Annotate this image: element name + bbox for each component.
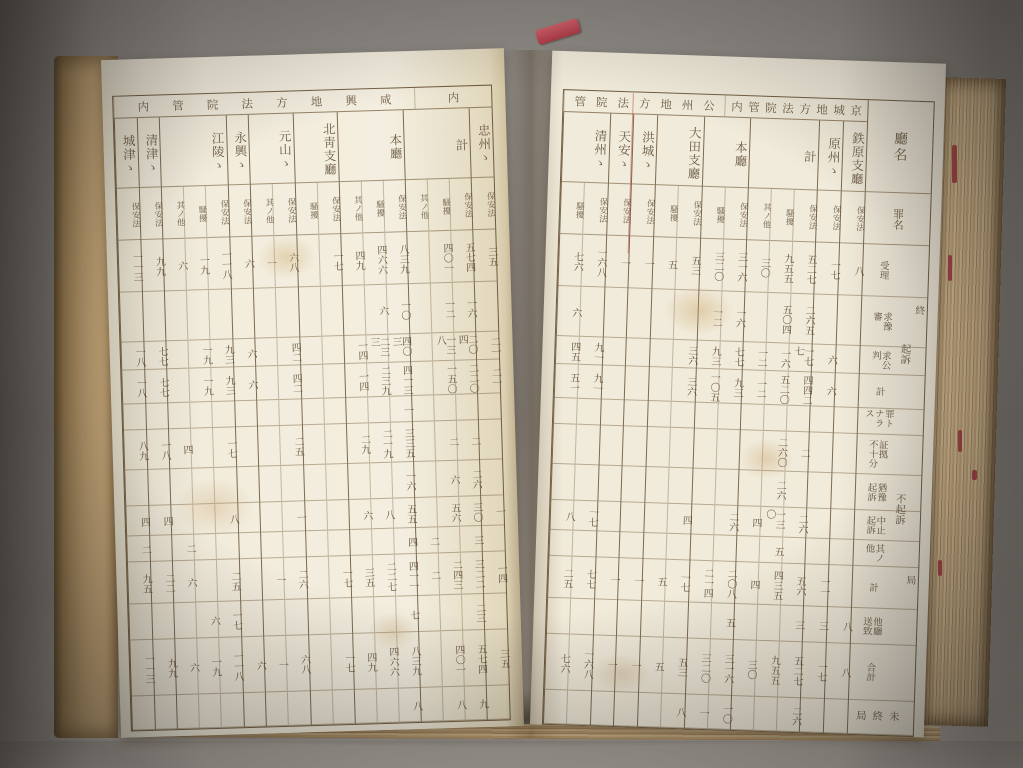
value-cell: 一二 xyxy=(743,342,766,371)
offense-label: 保安法 xyxy=(140,187,163,240)
value-cell: 三二〇 xyxy=(686,638,710,695)
value-cell: 一 xyxy=(592,635,617,692)
value-cell xyxy=(125,470,148,507)
value-cell: 一一八 xyxy=(208,237,231,290)
value-cell: 三〇 xyxy=(732,640,756,697)
value-cell: 六 xyxy=(230,237,253,290)
value-cell: 二一 xyxy=(477,359,500,394)
value-cell xyxy=(601,365,625,400)
value-cell: 一 xyxy=(618,558,642,601)
value-cell: 二三九 xyxy=(367,363,389,398)
value-cell: 四 xyxy=(735,562,758,605)
office-label: 本廳 xyxy=(338,110,405,182)
value-cell xyxy=(217,533,239,560)
value-cell xyxy=(597,501,621,532)
value-cell: 七六 xyxy=(545,634,569,691)
value-cell: 五二七 xyxy=(792,242,816,295)
value-cell xyxy=(664,602,687,639)
value-cell xyxy=(413,421,435,462)
page-table: 内管院法方地城京管院法方地州公鉄原支廳保安法八八八原州ゝ保安法一七六六一一三一七… xyxy=(543,90,868,734)
offense-label: 保安法 xyxy=(228,185,251,238)
value-cell: 五六 xyxy=(781,564,804,607)
value-cell xyxy=(421,687,443,722)
value-cell: 四 xyxy=(149,505,172,536)
value-cell: 四 xyxy=(126,506,149,537)
value-cell: 二一四 xyxy=(689,561,713,604)
value-cell xyxy=(370,463,392,500)
jurisdiction-char: 京 xyxy=(850,102,862,118)
value-cell xyxy=(718,403,741,430)
value-cell: 三六 xyxy=(673,340,696,369)
value-cell: 九一 xyxy=(579,337,602,366)
jurisdiction-char: 州 xyxy=(682,96,694,112)
offense-label: 保安法 xyxy=(384,180,407,233)
offense-label: 騷擾 xyxy=(428,179,451,232)
value-cell xyxy=(694,403,717,430)
value-cell: 六 xyxy=(436,461,458,498)
value-cell: 九三 xyxy=(719,369,742,404)
value-cell: 三 xyxy=(460,526,482,553)
value-cell: 七七 xyxy=(145,369,168,404)
value-cell: 七 xyxy=(396,596,418,633)
value-cell: 一八 xyxy=(122,370,145,405)
value-cell: 六 xyxy=(812,344,836,373)
value-cell: 九五五 xyxy=(755,641,779,698)
office-label: 永興ゝ xyxy=(226,115,250,186)
value-cell: 五 xyxy=(642,559,666,602)
value-cell xyxy=(326,464,348,501)
value-cell: 六八 xyxy=(275,235,298,288)
jurisdiction-char: 法 xyxy=(782,100,794,116)
value-cell: 六 xyxy=(365,285,388,336)
red-edge-mark xyxy=(938,560,942,576)
value-cell xyxy=(193,468,215,505)
office-label: 鉄原支廳 xyxy=(842,121,867,192)
value-cell: 四〇三 xyxy=(388,334,410,363)
value-cell: 四四二 xyxy=(788,372,811,407)
jurisdiction-char: 内 xyxy=(731,98,743,114)
value-cell xyxy=(305,501,327,532)
value-cell xyxy=(576,425,600,466)
offense-label: 保安法 xyxy=(206,185,229,238)
value-cell xyxy=(713,535,736,562)
value-cell xyxy=(172,505,194,536)
value-cell: 二六五 xyxy=(790,294,814,345)
value-cell: 八 xyxy=(839,243,863,296)
value-cell xyxy=(438,527,460,554)
value-cell: 四 xyxy=(668,504,691,535)
value-cell xyxy=(731,696,754,731)
value-cell xyxy=(598,465,622,502)
value-cell xyxy=(837,295,861,346)
value-cell: 二〇四 xyxy=(455,332,477,361)
value-cell xyxy=(544,690,567,725)
value-cell: 一一八 xyxy=(220,637,243,694)
value-cell: 一四 xyxy=(344,335,366,364)
value-cell: 二 xyxy=(416,527,438,554)
value-cell xyxy=(177,695,199,730)
value-cell xyxy=(573,531,596,558)
value-cell xyxy=(256,338,278,367)
value-cell xyxy=(620,532,644,559)
value-cell: 四三五 xyxy=(758,563,781,606)
value-cell: 一七 xyxy=(213,427,235,468)
value-cell xyxy=(239,559,262,602)
value-cell xyxy=(309,635,332,692)
value-cell xyxy=(644,503,667,534)
value-cell xyxy=(621,502,645,533)
value-cell xyxy=(239,533,261,560)
value-cell: 八三九 xyxy=(385,232,408,285)
value-cell xyxy=(352,597,374,634)
value-cell xyxy=(146,403,168,430)
value-cell: 八 xyxy=(399,688,421,723)
value-cell xyxy=(415,497,437,528)
value-cell: 二三 xyxy=(462,594,484,631)
value-cell xyxy=(324,398,346,425)
row-label: 他廳 送致 xyxy=(851,608,917,646)
value-cell: 一 xyxy=(253,236,276,289)
value-cell: 一九 xyxy=(189,340,211,369)
value-cell xyxy=(757,605,780,642)
value-cell xyxy=(836,345,860,374)
value-cell xyxy=(195,560,217,603)
value-cell xyxy=(480,459,503,496)
page-table: 内内管院法方地興咸忠州ゝ保安法三五二一二一一一四三五計保安法五七四一六二〇四二二… xyxy=(113,86,510,731)
value-cell: 一六八 xyxy=(568,635,592,692)
value-cell xyxy=(479,419,502,460)
value-cell xyxy=(231,289,254,340)
value-cell: 一 xyxy=(605,236,629,289)
value-cell xyxy=(624,400,648,427)
value-cell xyxy=(221,693,243,728)
value-cell xyxy=(830,509,854,540)
value-cell: 八 xyxy=(216,503,238,534)
value-cell: 一七 xyxy=(574,501,597,532)
value-cell xyxy=(150,535,172,562)
value-cell xyxy=(322,336,344,365)
value-cell: 一四 xyxy=(483,551,506,594)
value-cell: 八 xyxy=(825,643,850,700)
office-label: 清津ゝ xyxy=(137,117,161,188)
jurisdiction-char: 咸 xyxy=(380,91,392,107)
value-cell xyxy=(419,631,442,688)
jurisdiction-char: 院 xyxy=(765,99,777,115)
value-cell xyxy=(691,505,714,536)
value-cell xyxy=(614,692,638,727)
value-cell xyxy=(650,339,673,368)
value-cell: 六 xyxy=(176,639,199,696)
office-label: 北靑支廳 xyxy=(293,112,338,183)
offense-label: 騷擾 xyxy=(295,183,318,236)
value-cell xyxy=(741,404,764,431)
value-cell: 四 xyxy=(169,429,191,470)
row-header-sub: 罪名 xyxy=(864,192,931,246)
jurisdiction-char: 管 xyxy=(574,93,586,109)
offense-label: 保安法 xyxy=(117,188,140,241)
value-cell xyxy=(809,432,833,473)
value-cell: 九三 xyxy=(212,367,234,402)
value-cell xyxy=(372,529,394,556)
value-cell: 一七 xyxy=(665,560,689,603)
value-cell: 一七 xyxy=(331,634,354,691)
value-cell: 八 xyxy=(827,607,851,644)
value-cell xyxy=(692,469,715,506)
office-label: 忠州ゝ xyxy=(470,108,494,179)
value-cell: 四〇一 xyxy=(441,631,464,688)
offense-label: 保安法 xyxy=(793,190,817,243)
row-label: 合計 xyxy=(849,644,916,702)
value-cell: 二二 xyxy=(151,561,174,604)
value-cell: 五 xyxy=(760,537,783,564)
value-cell: 九九 xyxy=(141,239,164,292)
value-cell: 一七 xyxy=(319,234,342,287)
jurisdiction-header: 内 xyxy=(414,86,491,109)
red-bookmark-tab xyxy=(535,18,581,45)
jurisdiction-char: 地 xyxy=(660,96,672,112)
office-label: 洪城ゝ xyxy=(632,114,657,185)
value-cell xyxy=(330,598,352,635)
offense-label: 騷擾 xyxy=(770,189,794,242)
value-cell xyxy=(123,404,145,431)
value-cell xyxy=(638,693,661,728)
value-cell: 七七 xyxy=(571,557,595,600)
value-cell: 一三〇 xyxy=(761,507,784,538)
jurisdiction-char: 方 xyxy=(639,95,651,111)
value-cell: 二一九 xyxy=(369,423,391,464)
value-cell: 二 xyxy=(786,432,809,473)
value-cell xyxy=(835,373,859,408)
value-cell: 一 xyxy=(264,636,287,693)
office-label: 清州ゝ xyxy=(562,112,610,183)
value-cell: 五三 xyxy=(662,638,686,695)
value-cell xyxy=(120,292,143,343)
value-cell xyxy=(286,599,308,636)
value-cell xyxy=(627,288,651,339)
value-cell xyxy=(440,595,462,632)
value-cell xyxy=(171,469,193,506)
offense-label: 其ノ他 xyxy=(251,184,274,237)
value-cell xyxy=(554,398,577,425)
value-cell xyxy=(237,467,260,504)
value-cell: 一 xyxy=(262,558,284,601)
value-cell xyxy=(577,399,600,426)
value-cell: 三六 xyxy=(672,368,695,403)
offense-label: 保安法 xyxy=(678,186,702,239)
value-cell xyxy=(257,400,279,427)
value-cell xyxy=(602,338,626,367)
value-cell xyxy=(276,287,299,338)
value-cell xyxy=(333,690,355,725)
office-label: 大田支廳 xyxy=(656,115,704,186)
value-cell xyxy=(593,599,617,636)
value-cell xyxy=(254,288,277,339)
jurisdiction-char: 法 xyxy=(241,95,253,111)
value-cell xyxy=(407,231,430,284)
row-label: 中止 起訴 xyxy=(854,510,920,542)
value-cell: 一七 xyxy=(329,556,351,599)
value-cell xyxy=(288,691,310,726)
value-cell xyxy=(260,502,282,533)
value-cell: 一八 xyxy=(147,429,170,470)
value-cell: 九三 xyxy=(211,339,233,368)
offense-label: 保安法 xyxy=(583,183,607,236)
row-label: 猶豫 起訴 xyxy=(855,474,921,512)
value-cell: 一六 xyxy=(453,282,476,333)
value-cell: 三 xyxy=(780,606,803,643)
value-cell xyxy=(266,692,288,727)
value-cell: 一八 xyxy=(121,342,144,371)
value-cell xyxy=(168,369,190,404)
value-cell: 一九 xyxy=(198,638,221,695)
value-cell: 二六〇 xyxy=(763,431,786,472)
row-header-title: 廳名 xyxy=(866,100,934,194)
value-cell xyxy=(261,532,283,559)
value-cell xyxy=(310,691,332,726)
value-cell xyxy=(241,601,264,638)
jurisdiction-char: 法 xyxy=(617,94,629,110)
value-cell xyxy=(143,291,166,342)
value-cell xyxy=(325,424,347,465)
value-cell xyxy=(599,425,623,466)
value-cell: 四九 xyxy=(341,233,364,286)
offense-label: 保安法 xyxy=(817,191,841,244)
value-cell: 一 xyxy=(685,694,708,729)
value-cell xyxy=(475,281,498,332)
red-edge-mark xyxy=(972,470,977,480)
value-cell: 一六八 xyxy=(582,235,606,288)
offense-label: 騷擾 xyxy=(184,186,207,239)
value-cell: 四九 xyxy=(353,633,376,690)
value-cell: 二 xyxy=(127,536,149,563)
value-cell: 四二 xyxy=(278,337,300,366)
row-label: 計 xyxy=(859,374,925,410)
value-cell: 三一六 xyxy=(722,239,746,292)
jurisdiction-char: 地 xyxy=(816,101,828,117)
offense-label: 騷擾 xyxy=(701,187,725,240)
value-cell xyxy=(235,401,257,428)
office-columns: 鉄原支廳保安法八八八原州ゝ保安法一七六六一一三一七計保安法五二七二六五一七七四四… xyxy=(543,112,867,734)
value-cell: 一〇五 xyxy=(695,369,718,404)
value-cell xyxy=(734,604,757,641)
value-cell xyxy=(831,473,855,510)
jurisdiction-char: 内 xyxy=(137,98,149,114)
red-edge-mark xyxy=(948,255,952,281)
value-cell xyxy=(800,698,824,733)
value-cell xyxy=(590,691,614,726)
value-cell xyxy=(623,426,647,467)
value-cell xyxy=(806,538,830,565)
value-cell xyxy=(580,287,604,338)
value-cell xyxy=(641,601,664,638)
value-cell xyxy=(187,290,210,341)
value-cell: 六 xyxy=(197,602,219,639)
value-cell: 五一 xyxy=(555,364,578,399)
value-cell: 一〇 xyxy=(387,284,410,335)
value-cell xyxy=(191,402,213,429)
value-cell xyxy=(649,367,672,402)
value-cell xyxy=(570,599,593,636)
jurisdiction-char: 管 xyxy=(748,99,760,115)
jurisdiction-char: 内 xyxy=(447,89,459,105)
value-cell xyxy=(258,426,280,467)
value-cell: 二 xyxy=(435,421,457,462)
value-cell xyxy=(737,536,760,563)
value-cell: 一七七 xyxy=(789,344,812,373)
value-cell: 一 xyxy=(481,495,504,526)
value-cell xyxy=(348,463,370,500)
office-label: 計 xyxy=(749,118,820,190)
value-cell: 二六 xyxy=(784,508,807,539)
value-cell xyxy=(306,531,328,558)
jurisdiction-char: 公 xyxy=(703,97,715,113)
value-cell xyxy=(284,531,306,558)
value-cell: 一 xyxy=(595,557,619,600)
row-label: 其ノ 他 xyxy=(853,540,919,568)
value-cell: 五 xyxy=(639,637,663,694)
value-cell xyxy=(807,508,831,539)
value-cell xyxy=(282,465,304,502)
value-cell xyxy=(667,534,690,561)
value-cell xyxy=(411,361,433,396)
value-cell: 一七 xyxy=(219,601,241,638)
row-label: 受理 xyxy=(862,244,929,298)
red-edge-mark xyxy=(952,145,957,183)
value-cell: 一〇 xyxy=(708,695,731,730)
value-cell xyxy=(674,290,698,341)
value-cell: 三二二 xyxy=(461,552,483,595)
row-outer-char: 局 xyxy=(906,572,917,587)
value-cell: 二六 xyxy=(762,471,785,508)
offense-label: 保安法 xyxy=(724,187,748,240)
value-cell: 九一 xyxy=(578,365,601,400)
value-cell xyxy=(304,465,326,502)
value-cell xyxy=(833,433,857,474)
value-cell xyxy=(669,468,692,505)
value-cell xyxy=(215,467,237,504)
value-cell: 二二〇 xyxy=(455,360,477,395)
value-cell: 二 xyxy=(173,535,195,562)
value-cell xyxy=(738,470,761,507)
row-label: 求公 判 xyxy=(860,346,926,376)
value-cell: 一 xyxy=(283,501,305,532)
value-cell xyxy=(256,366,278,401)
value-cell: 四〇一 xyxy=(429,231,452,284)
value-cell: 六 xyxy=(164,239,187,292)
value-cell: 一二 xyxy=(697,291,721,342)
value-cell xyxy=(303,425,325,466)
value-cell: 三一六 xyxy=(709,639,733,696)
value-cell xyxy=(603,288,627,339)
value-cell: 一二 xyxy=(742,370,765,405)
value-cell: 三五 xyxy=(351,555,373,598)
offense-label: 其ノ他 xyxy=(340,181,363,234)
value-cell: 六 xyxy=(811,372,835,407)
value-cell xyxy=(600,399,624,426)
offense-label: 保安法 xyxy=(318,182,341,235)
value-cell xyxy=(199,694,221,729)
value-cell: 五 xyxy=(711,603,734,640)
value-cell: 五七四 xyxy=(451,230,474,283)
value-cell: 二五 xyxy=(280,425,302,466)
value-cell: 四二 xyxy=(279,365,301,400)
jurisdiction-char: 地 xyxy=(310,93,322,109)
value-cell: 一 xyxy=(615,636,640,693)
jurisdiction-char: 方 xyxy=(799,100,811,116)
value-cell xyxy=(418,595,440,632)
value-cell xyxy=(813,294,837,345)
value-cell xyxy=(651,289,675,340)
